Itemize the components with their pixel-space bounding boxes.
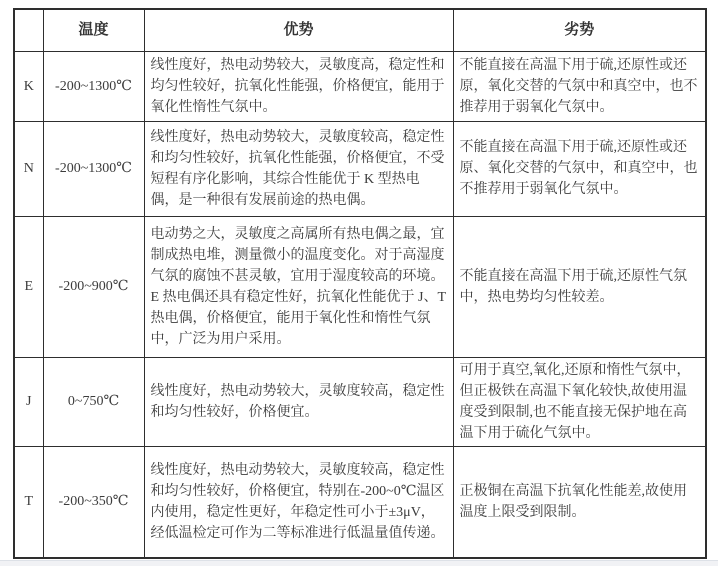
header-type bbox=[14, 9, 43, 51]
page: 温度 优势 劣势 K -200~1300℃ 线性度好，热电动势较大，灵敏度高，稳… bbox=[0, 0, 718, 566]
table-row-k: K -200~1300℃ 线性度好，热电动势较大，灵敏度高，稳定性和均匀性较好，… bbox=[14, 51, 706, 121]
disadvantage-cell: 不能直接在高温下用于硫,还原性气氛中，热电势均匀性较差。 bbox=[453, 216, 706, 357]
type-cell: E bbox=[14, 216, 43, 357]
table-header-row: 温度 优势 劣势 bbox=[14, 9, 706, 51]
advantage-cell: 线性度好，热电动势较大，灵敏度较高，稳定性和均匀性较好，价格便宜。 bbox=[144, 357, 453, 446]
type-cell: K bbox=[14, 51, 43, 121]
disadvantage-cell: 不能直接在高温下用于硫,还原性或还原，氧化交替的气氛中和真空中，也不推荐用于弱氧… bbox=[453, 51, 706, 121]
table-row-e: E -200~900℃ 电动势之大，灵敏度之高属所有热电偶之最，宜制成热电堆，测… bbox=[14, 216, 706, 357]
temperature-cell: -200~1300℃ bbox=[43, 121, 144, 216]
temperature-cell: -200~1300℃ bbox=[43, 51, 144, 121]
table-row-n: N -200~1300℃ 线性度好，热电动势较大，灵敏度较高，稳定性和均匀性较好… bbox=[14, 121, 706, 216]
header-temperature: 温度 bbox=[43, 9, 144, 51]
thermocouple-table: 温度 优势 劣势 K -200~1300℃ 线性度好，热电动势较大，灵敏度高，稳… bbox=[13, 8, 707, 559]
advantage-cell: 线性度好，热电动势较大，灵敏度较高，稳定性和均匀性较好，价格便宜，特别在-200… bbox=[144, 446, 453, 558]
header-disadvantage: 劣势 bbox=[453, 9, 706, 51]
type-cell: N bbox=[14, 121, 43, 216]
type-cell: T bbox=[14, 446, 43, 558]
header-advantage: 优势 bbox=[144, 9, 453, 51]
advantage-cell: 线性度好，热电动势较大，灵敏度较高，稳定性和均匀性较好，抗氧化性能强，价格便宜，… bbox=[144, 121, 453, 216]
disadvantage-cell: 正极铜在高温下抗氧化性能差,故使用温度上限受到限制。 bbox=[453, 446, 706, 558]
temperature-cell: 0~750℃ bbox=[43, 357, 144, 446]
advantage-cell: 电动势之大，灵敏度之高属所有热电偶之最，宜制成热电堆，测量微小的温度变化。对于高… bbox=[144, 216, 453, 357]
disadvantage-cell: 可用于真空,氧化,还原和惰性气氛中，但正极铁在高温下氧化较快,故使用温度受到限制… bbox=[453, 357, 706, 446]
page-bottom-divider bbox=[0, 560, 718, 566]
advantage-cell: 线性度好，热电动势较大，灵敏度高，稳定性和均匀性较好，抗氧化性能强，价格便宜，能… bbox=[144, 51, 453, 121]
disadvantage-cell: 不能直接在高温下用于硫,还原性或还原、氧化交替的气氛中，和真空中，也不推荐用于弱… bbox=[453, 121, 706, 216]
table-row-j: J 0~750℃ 线性度好，热电动势较大，灵敏度较高，稳定性和均匀性较好，价格便… bbox=[14, 357, 706, 446]
temperature-cell: -200~350℃ bbox=[43, 446, 144, 558]
table-row-t: T -200~350℃ 线性度好，热电动势较大，灵敏度较高，稳定性和均匀性较好，… bbox=[14, 446, 706, 558]
temperature-cell: -200~900℃ bbox=[43, 216, 144, 357]
type-cell: J bbox=[14, 357, 43, 446]
